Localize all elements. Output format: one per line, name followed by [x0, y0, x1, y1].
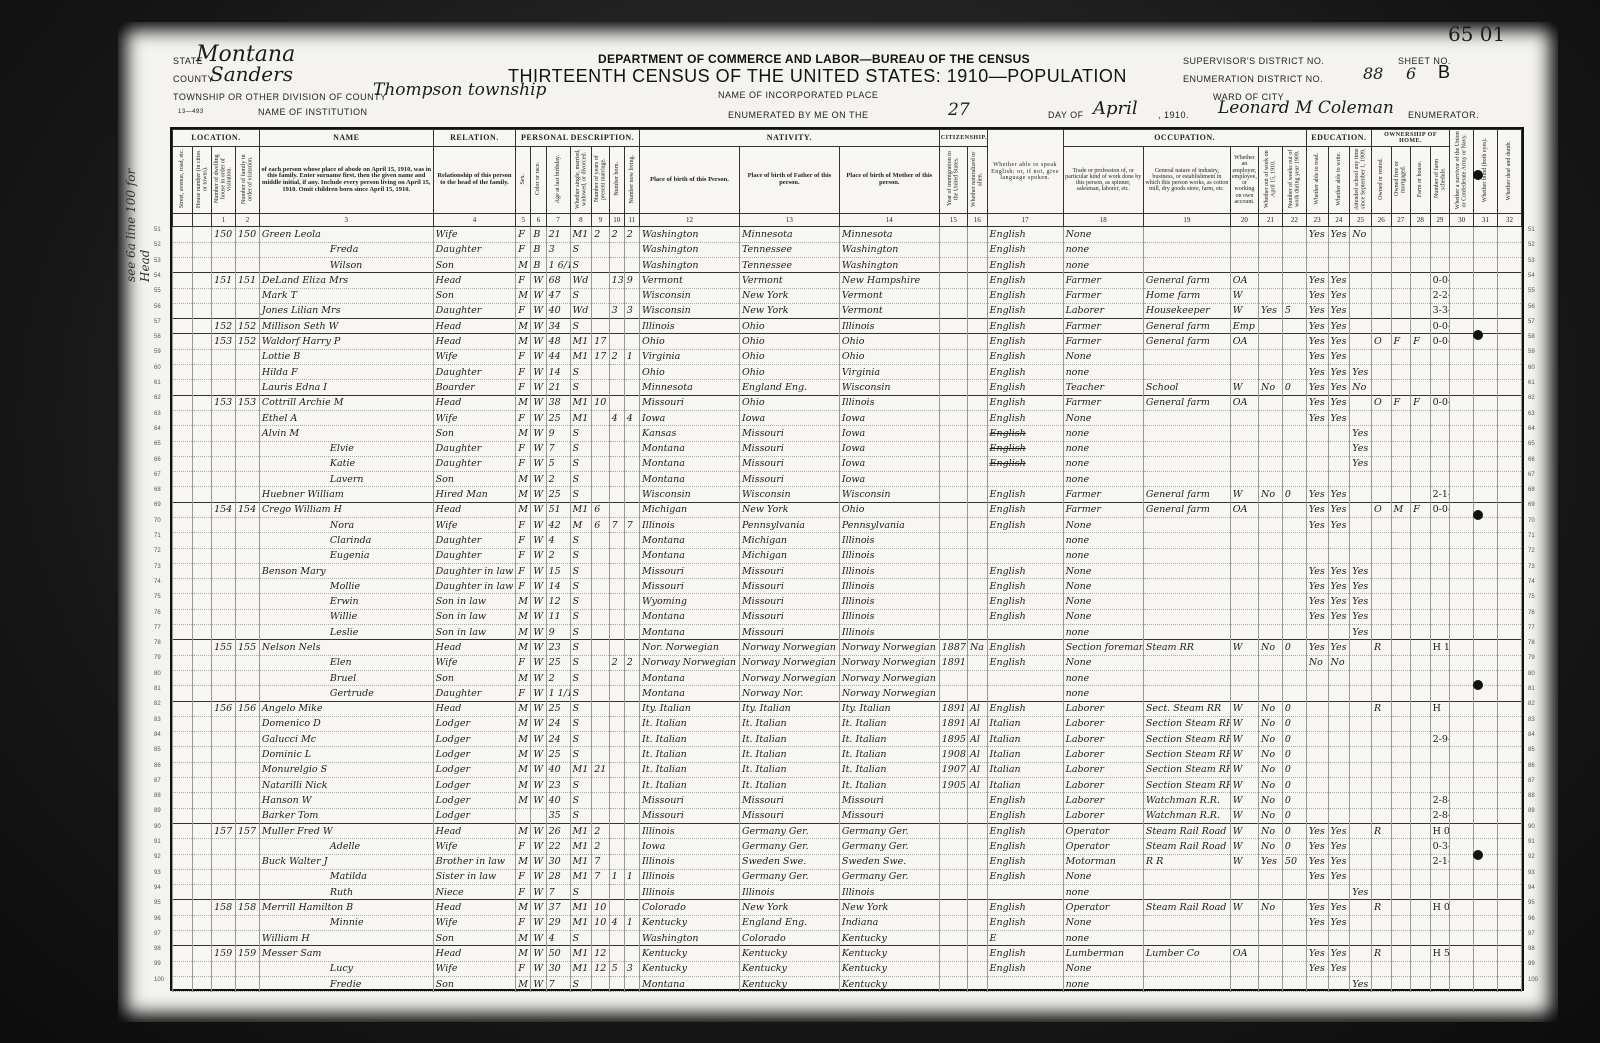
cell-trade: none: [1063, 625, 1143, 640]
line-number: 73: [1528, 564, 1535, 570]
cell-own: H: [1430, 701, 1450, 716]
cell-marital: M1: [570, 395, 592, 410]
cell-own: [1430, 931, 1450, 946]
cell-street: [173, 839, 193, 854]
cell-employer: W: [1230, 839, 1258, 854]
cell-read: Yes: [1306, 915, 1328, 930]
cell-living: [624, 762, 639, 777]
cell-pob: Nor. Norwegian: [640, 640, 740, 655]
enumerator-label: Enumerator.: [1408, 110, 1479, 120]
cell-lang: English: [987, 242, 1063, 257]
cell-street: [173, 670, 193, 685]
line-number: 75: [1528, 594, 1535, 600]
cell-pob-mother: Kentucky: [839, 976, 939, 991]
cell-nat: [967, 395, 987, 410]
cell-out: [1259, 931, 1283, 946]
cell-nat: [967, 487, 987, 502]
cell-own-free: [1391, 747, 1411, 762]
header-race: Color or race.: [531, 147, 546, 214]
cell-own-farm: [1411, 885, 1431, 900]
cell-living: [624, 380, 639, 395]
cell-deaf: [1497, 655, 1521, 670]
cell-years: [592, 563, 609, 578]
cell-born: [609, 900, 624, 915]
cell-pob-father: Kentucky: [739, 946, 839, 961]
cell-pob-father: Missouri: [739, 563, 839, 578]
cell-lang: English: [987, 410, 1063, 425]
cell-relation: Daughter in law: [433, 563, 516, 578]
cell-age: 37: [546, 900, 570, 915]
cell-own-rent: [1371, 227, 1391, 242]
cell-own-free: [1391, 441, 1411, 456]
column-number: 17: [987, 214, 1063, 227]
cell-relation: Wife: [433, 915, 516, 930]
cell-deaf: [1497, 686, 1521, 701]
cell-age: 38: [546, 395, 570, 410]
table-row: NoraWifeFW42M677IllinoisPennsylvaniaPenn…: [173, 517, 1522, 532]
cell-deaf: [1497, 946, 1521, 961]
cell-sex: M: [516, 701, 531, 716]
cell-write: Yes: [1328, 319, 1350, 334]
cell-own-rent: [1371, 487, 1391, 502]
table-row: BruelSonMW2SMontanaNorway NorwegianNorwa…: [173, 670, 1522, 685]
cell-industry: [1143, 686, 1230, 701]
cell-name: Domenico D: [259, 716, 433, 731]
cell-school: Yes: [1350, 594, 1372, 609]
cell-school: [1350, 778, 1372, 793]
cell-pob: Minnesota: [640, 380, 740, 395]
cell-own-free: [1391, 517, 1411, 532]
cell-dwelling: 153: [212, 334, 236, 349]
cell-vet: [1450, 410, 1474, 425]
cell-own-farm: [1411, 319, 1431, 334]
cell-living: [624, 640, 639, 655]
table-row: 150150Green LeolaWifeFB21M1222Washington…: [173, 227, 1522, 242]
column-number: 8: [570, 214, 592, 227]
cell-write: [1328, 762, 1350, 777]
cell-weeks: 0: [1282, 839, 1306, 854]
column-number: 24: [1328, 214, 1350, 227]
cell-years: [592, 472, 609, 487]
cell-blind: [1474, 793, 1498, 808]
cell-school: [1350, 686, 1372, 701]
cell-imm: [939, 441, 967, 456]
cell-write: [1328, 716, 1350, 731]
cell-house: [192, 915, 212, 930]
cell-blind: [1474, 640, 1498, 655]
cell-marital: S: [570, 594, 592, 609]
cell-pob: Wyoming: [640, 594, 740, 609]
cell-school: [1350, 410, 1372, 425]
column-number: 28: [1411, 214, 1431, 227]
table-row: MinnieWifeFW29M11041KentuckyEngland Eng.…: [173, 915, 1522, 930]
cell-name: Willie: [259, 609, 433, 624]
punch-hole: [1473, 680, 1483, 690]
cell-out: No: [1259, 747, 1283, 762]
cell-street: [173, 395, 193, 410]
cell-industry: [1143, 931, 1230, 946]
cell-nat: [967, 227, 987, 242]
cell-marital: M1: [570, 502, 592, 517]
cell-race: W: [531, 548, 546, 563]
header-school: Attended school any time since September…: [1350, 147, 1372, 214]
cell-years: 17: [592, 334, 609, 349]
cell-lang: English: [987, 456, 1063, 471]
cell-lang: English: [987, 701, 1063, 716]
cell-pob: Kentucky: [640, 915, 740, 930]
table-row: EugeniaDaughterFW2SMontanaMichiganIllino…: [173, 548, 1522, 563]
cell-lang: English: [987, 854, 1063, 869]
cell-trade: None: [1063, 349, 1143, 364]
cell-pob-mother: Illinois: [839, 548, 939, 563]
cell-house: [192, 655, 212, 670]
cell-pob-mother: Illinois: [839, 885, 939, 900]
line-number: 72: [1528, 548, 1535, 554]
cell-relation: Son: [433, 931, 516, 946]
cell-school: [1350, 869, 1372, 884]
cell-own: 2-9-X-5: [1430, 732, 1450, 747]
cell-lang: Italian: [987, 762, 1063, 777]
cell-age: 40: [546, 303, 570, 318]
cell-imm: [939, 915, 967, 930]
column-number: [173, 214, 193, 227]
supervisor-district-label: Supervisor's District No.: [1183, 56, 1324, 66]
cell-own-free: [1391, 716, 1411, 731]
cell-deaf: [1497, 823, 1521, 838]
cell-pob-mother: Iowa: [839, 472, 939, 487]
line-number: 59: [154, 349, 161, 355]
cell-write: Yes: [1328, 823, 1350, 838]
cell-own: 0-3-X-8: [1430, 839, 1450, 854]
cell-own-farm: F: [1411, 502, 1431, 517]
cell-industry: [1143, 517, 1230, 532]
cell-lang: [987, 533, 1063, 548]
cell-born: [609, 808, 624, 823]
cell-read: [1306, 548, 1328, 563]
cell-own-farm: [1411, 426, 1431, 441]
cell-school: [1350, 395, 1372, 410]
cell-dwelling: [212, 426, 236, 441]
cell-deaf: [1497, 395, 1521, 410]
cell-sex: M: [516, 472, 531, 487]
cell-pob-mother: Pennsylvania: [839, 517, 939, 532]
column-number: 20: [1230, 214, 1258, 227]
cell-industry: [1143, 869, 1230, 884]
cell-own: [1430, 533, 1450, 548]
cell-living: [624, 563, 639, 578]
column-number: 29: [1430, 214, 1450, 227]
cell-own: [1430, 609, 1450, 624]
cell-school: [1350, 502, 1372, 517]
line-number: 71: [154, 533, 161, 539]
cell-pob-father: Michigan: [739, 548, 839, 563]
line-number: 89: [1528, 808, 1535, 814]
cell-own-farm: [1411, 839, 1431, 854]
cell-race: W: [531, 793, 546, 808]
cell-weeks: 0: [1282, 808, 1306, 823]
cell-own-farm: [1411, 869, 1431, 884]
cell-dwelling: [212, 472, 236, 487]
cell-own-farm: [1411, 227, 1431, 242]
cell-own-rent: [1371, 456, 1391, 471]
cell-vet: [1450, 701, 1474, 716]
cell-imm: 1895: [939, 732, 967, 747]
cell-school: Yes: [1350, 885, 1372, 900]
cell-write: Yes: [1328, 854, 1350, 869]
cell-age: 35: [546, 808, 570, 823]
group-ownership: OWNERSHIP OF HOME.: [1371, 130, 1449, 147]
line-number: 73: [154, 564, 161, 570]
cell-dwelling: [212, 594, 236, 609]
form-number: 13—493: [178, 109, 204, 115]
cell-pob-mother: Illinois: [839, 395, 939, 410]
cell-house: [192, 762, 212, 777]
cell-pob-father: Ohio: [739, 365, 839, 380]
cell-own-farm: [1411, 410, 1431, 425]
cell-industry: Home farm: [1143, 288, 1230, 303]
cell-house: [192, 319, 212, 334]
header-free-mortgaged: Owned free or mortgaged.: [1391, 147, 1411, 214]
cell-marital: S: [570, 441, 592, 456]
cell-trade: Operator: [1063, 839, 1143, 854]
cell-out: [1259, 563, 1283, 578]
cell-pob: Montana: [640, 976, 740, 991]
cell-family: [235, 410, 259, 425]
cell-pob-mother: Kentucky: [839, 931, 939, 946]
cell-street: [173, 716, 193, 731]
cell-weeks: [1282, 976, 1306, 991]
cell-own: [1430, 227, 1450, 242]
cell-years: [592, 487, 609, 502]
column-number: 12: [640, 214, 740, 227]
table-row: Hanson WLodgerMW40SMissouriMissouriMisso…: [173, 793, 1522, 808]
cell-living: [624, 441, 639, 456]
column-number: 9: [592, 214, 609, 227]
line-number: 91: [154, 839, 161, 845]
cell-pob-mother: Washington: [839, 242, 939, 257]
table-row: 153152Waldorf Harry PHeadMW48M117OhioOhi…: [173, 334, 1522, 349]
cell-imm: 1891: [939, 655, 967, 670]
cell-own: [1430, 655, 1450, 670]
cell-school: [1350, 288, 1372, 303]
cell-pob-mother: Germany Ger.: [839, 839, 939, 854]
line-number: 71: [1528, 533, 1535, 539]
cell-race: W: [531, 502, 546, 517]
cell-weeks: [1282, 502, 1306, 517]
cell-blind: [1474, 915, 1498, 930]
cell-years: 10: [592, 900, 609, 915]
cell-nat: [967, 808, 987, 823]
cell-pob: Missouri: [640, 793, 740, 808]
cell-sex: [516, 808, 531, 823]
cell-nat: [967, 854, 987, 869]
cell-school: [1350, 273, 1372, 288]
cell-weeks: [1282, 365, 1306, 380]
cell-read: [1306, 242, 1328, 257]
cell-own-free: [1391, 885, 1411, 900]
cell-weeks: [1282, 242, 1306, 257]
cell-lang: [987, 885, 1063, 900]
cell-read: [1306, 472, 1328, 487]
column-number: 10: [609, 214, 624, 227]
cell-weeks: [1282, 533, 1306, 548]
punch-hole: [1473, 850, 1483, 860]
cell-street: [173, 823, 193, 838]
table-row: Huebner WilliamHired ManMW25SWisconsinWi…: [173, 487, 1522, 502]
cell-vet: [1450, 288, 1474, 303]
cell-relation: Head: [433, 395, 516, 410]
cell-relation: Wife: [433, 517, 516, 532]
line-number: 87: [154, 778, 161, 784]
cell-sex: F: [516, 915, 531, 930]
cell-pob-father: Missouri: [739, 472, 839, 487]
cell-name: Cottrill Archie M: [259, 395, 433, 410]
cell-race: W: [531, 349, 546, 364]
table-row: ElenWifeFW25S22Norway NorwegianNorway No…: [173, 655, 1522, 670]
cell-read: [1306, 793, 1328, 808]
cell-street: [173, 410, 193, 425]
cell-family: [235, 869, 259, 884]
cell-blind: [1474, 823, 1498, 838]
line-number: 85: [1528, 747, 1535, 753]
cell-pob-mother: Illinois: [839, 625, 939, 640]
cell-own: [1430, 976, 1450, 991]
cell-imm: 1905: [939, 778, 967, 793]
cell-years: 10: [592, 395, 609, 410]
table-row: 153153Cottrill Archie MHeadMW38M110Misso…: [173, 395, 1522, 410]
cell-pob-father: Norway Norwegian: [739, 655, 839, 670]
cell-own-rent: [1371, 349, 1391, 364]
cell-imm: [939, 839, 967, 854]
cell-own: [1430, 349, 1450, 364]
cell-own-free: [1391, 456, 1411, 471]
cell-lang: [987, 670, 1063, 685]
cell-dwelling: 150: [212, 227, 236, 242]
cell-relation: Son: [433, 976, 516, 991]
cell-vet: [1450, 670, 1474, 685]
cell-years: [592, 640, 609, 655]
cell-write: [1328, 701, 1350, 716]
cell-read: Yes: [1306, 900, 1328, 915]
line-number: 55: [154, 288, 161, 294]
cell-relation: Lodger: [433, 716, 516, 731]
cell-house: [192, 716, 212, 731]
cell-family: [235, 517, 259, 532]
cell-pob-mother: New Hampshire: [839, 273, 939, 288]
cell-age: 24: [546, 732, 570, 747]
cell-employer: [1230, 227, 1258, 242]
table-row: Hilda FDaughterFW14SOhioOhioVirginiaEngl…: [173, 365, 1522, 380]
cell-imm: [939, 854, 967, 869]
cell-pob: Virginia: [640, 349, 740, 364]
cell-weeks: [1282, 441, 1306, 456]
cell-dwelling: 155: [212, 640, 236, 655]
cell-write: [1328, 778, 1350, 793]
cell-age: 22: [546, 839, 570, 854]
cell-write: [1328, 257, 1350, 272]
cell-imm: [939, 334, 967, 349]
cell-dwelling: [212, 257, 236, 272]
cell-school: Yes: [1350, 625, 1372, 640]
department-heading: DEPARTMENT OF COMMERCE AND LABOR—BUREAU …: [598, 52, 1030, 66]
cell-living: [624, 365, 639, 380]
cell-name: Huebner William: [259, 487, 433, 502]
cell-lang: English: [987, 395, 1063, 410]
cell-trade: Farmer: [1063, 334, 1143, 349]
cell-relation: Lodger: [433, 793, 516, 808]
cell-write: [1328, 976, 1350, 991]
cell-employer: W: [1230, 716, 1258, 731]
cell-nat: [967, 365, 987, 380]
cell-school: [1350, 931, 1372, 946]
cell-born: [609, 334, 624, 349]
header-farm-schedule: Number of farm schedule.: [1430, 147, 1450, 214]
line-number: 95: [154, 900, 161, 906]
cell-industry: [1143, 961, 1230, 976]
cell-born: 2: [609, 349, 624, 364]
table-row: Natarilli NickLodgerMW23SIt. ItalianIt. …: [173, 778, 1522, 793]
cell-imm: [939, 594, 967, 609]
header-marital: Whether single, married, widowed, or div…: [570, 147, 592, 214]
cell-trade: None: [1063, 563, 1143, 578]
cell-lang: English: [987, 487, 1063, 502]
cell-house: [192, 640, 212, 655]
cell-street: [173, 732, 193, 747]
cell-trade: Farmer: [1063, 319, 1143, 334]
cell-industry: General farm: [1143, 395, 1230, 410]
cell-living: [624, 732, 639, 747]
line-number: 79: [154, 655, 161, 661]
cell-marital: S: [570, 487, 592, 502]
cell-employer: W: [1230, 288, 1258, 303]
cell-own: 2-1-0-0: [1430, 487, 1450, 502]
cell-industry: Section Steam RR: [1143, 778, 1230, 793]
cell-imm: [939, 502, 967, 517]
cell-race: W: [531, 273, 546, 288]
line-number: 90: [154, 824, 161, 830]
line-number: 67: [1528, 472, 1535, 478]
cell-age: 5: [546, 456, 570, 471]
cell-blind: [1474, 655, 1498, 670]
line-number: 93: [1528, 870, 1535, 876]
cell-own: H 0-3-X-8: [1430, 900, 1450, 915]
group-nativity: NATIVITY.: [640, 130, 940, 147]
cell-own: [1430, 456, 1450, 471]
cell-marital: S: [570, 716, 592, 731]
cell-years: 6: [592, 517, 609, 532]
cell-school: [1350, 961, 1372, 976]
cell-family: [235, 670, 259, 685]
cell-school: [1350, 334, 1372, 349]
cell-own: [1430, 885, 1450, 900]
cell-read: Yes: [1306, 303, 1328, 318]
cell-write: Yes: [1328, 487, 1350, 502]
cell-lang: English: [987, 823, 1063, 838]
header-immigration-year: Year of immigration to the United States…: [939, 147, 967, 214]
cell-years: 12: [592, 946, 609, 961]
cell-race: W: [531, 839, 546, 854]
cell-pob: Illinois: [640, 823, 740, 838]
cell-own-farm: [1411, 257, 1431, 272]
cell-own: [1430, 426, 1450, 441]
line-number: 62: [154, 395, 161, 401]
cell-relation: Daughter in law: [433, 579, 516, 594]
cell-house: [192, 288, 212, 303]
cell-family: [235, 349, 259, 364]
cell-born: [609, 839, 624, 854]
cell-marital: M1: [570, 410, 592, 425]
cell-school: [1350, 472, 1372, 487]
